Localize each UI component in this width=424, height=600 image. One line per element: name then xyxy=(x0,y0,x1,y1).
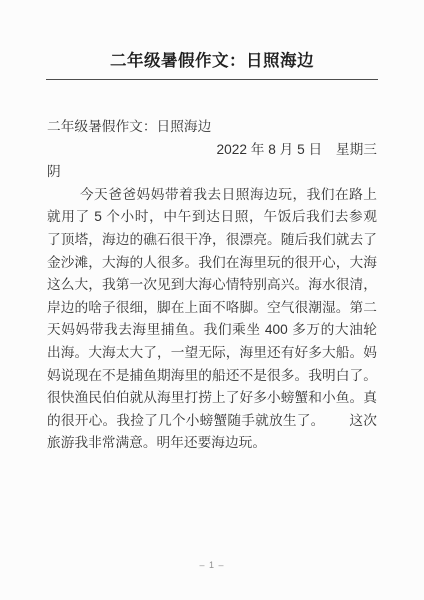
essay-heading: 二年级暑假作文：日照海边 xyxy=(47,116,377,139)
document-title: 二年级暑假作文：日照海边 xyxy=(0,0,424,72)
document-page: 二年级暑假作文：日照海边 二年级暑假作文：日照海边 2022 年 8 月 5 日… xyxy=(0,0,424,600)
essay-paragraph: 今天爸爸妈妈带着我去日照海边玩，我们在路上就用了 5 个小时，中午到达日照，午饭… xyxy=(47,184,377,455)
weather-line: 阴 xyxy=(47,161,377,184)
document-body: 二年级暑假作文：日照海边 2022 年 8 月 5 日 星期三 阴 今天爸爸妈妈… xyxy=(47,116,377,455)
page-number: – 1 – xyxy=(0,560,424,570)
title-divider xyxy=(46,79,378,80)
date-weekday-line: 2022 年 8 月 5 日 星期三 xyxy=(47,139,377,162)
